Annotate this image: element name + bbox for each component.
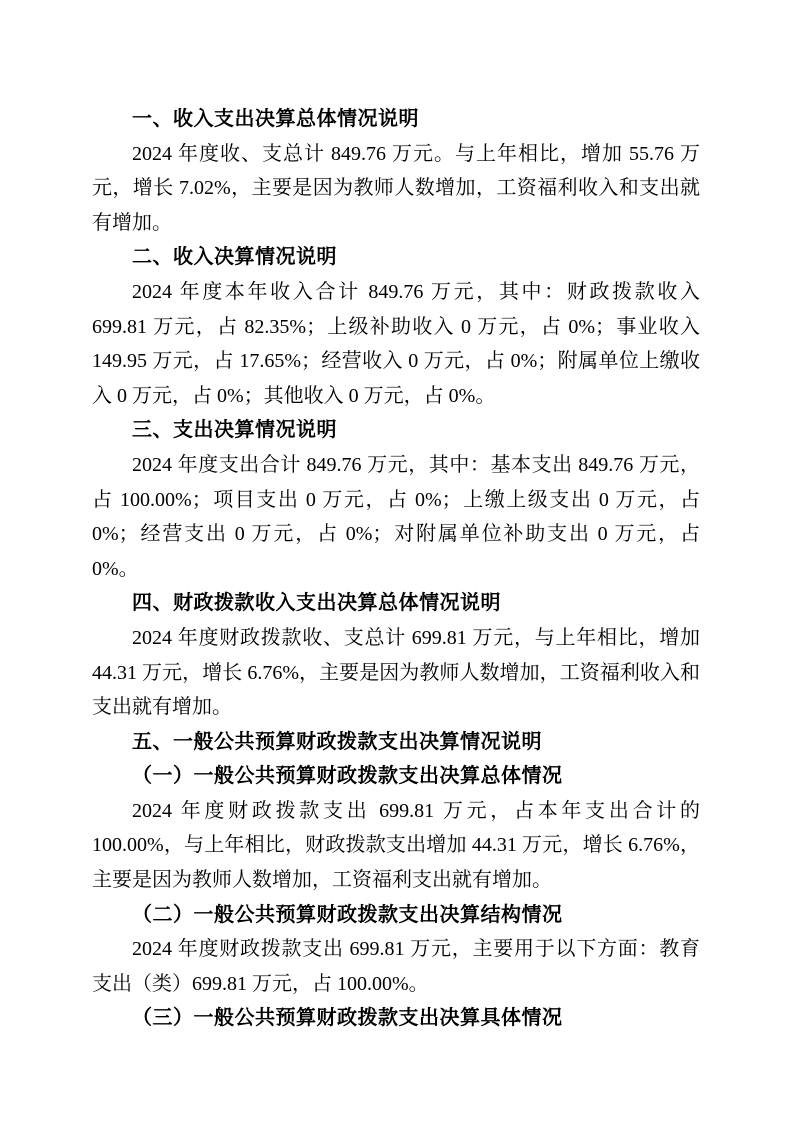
section-income-final-accounts: 二、收入决算情况说明 2024 年度本年收入合计 849.76 万元，其中：财政… (92, 240, 700, 413)
section-paragraph: 2024 年度收、支总计 849.76 万元。与上年相比，增加 55.76 万元… (92, 137, 700, 241)
subsection-public-budget-structure: （二）一般公共预算财政拨款支出决算结构情况 2024 年度财政拨款支出 699.… (92, 898, 700, 1002)
section-heading: 四、财政拨款收入支出决算总体情况说明 (92, 586, 700, 621)
section-paragraph: 2024 年度本年收入合计 849.76 万元，其中：财政拨款收入 699.81… (92, 275, 700, 413)
document-page: 一、收入支出决算总体情况说明 2024 年度收、支总计 849.76 万元。与上… (0, 0, 793, 1122)
section-fiscal-appropriation-overview: 四、财政拨款收入支出决算总体情况说明 2024 年度财政拨款收、支总计 699.… (92, 586, 700, 724)
subsection-heading: （二）一般公共预算财政拨款支出决算结构情况 (92, 898, 700, 933)
section-paragraph: 2024 年度支出合计 849.76 万元，其中：基本支出 849.76 万元，… (92, 448, 700, 586)
section-paragraph: 2024 年度财政拨款支出 699.81 万元，占本年支出合计的 100.00%… (92, 794, 700, 898)
section-public-budget-expenditure: 五、一般公共预算财政拨款支出决算情况说明 (92, 725, 700, 760)
subsection-public-budget-details: （三）一般公共预算财政拨款支出决算具体情况 (92, 1001, 700, 1036)
section-income-expenditure-overview: 一、收入支出决算总体情况说明 2024 年度收、支总计 849.76 万元。与上… (92, 102, 700, 240)
section-heading: 五、一般公共预算财政拨款支出决算情况说明 (92, 725, 700, 760)
subsection-heading: （三）一般公共预算财政拨款支出决算具体情况 (92, 1001, 700, 1036)
subsection-public-budget-overall: （一）一般公共预算财政拨款支出决算总体情况 2024 年度财政拨款支出 699.… (92, 759, 700, 897)
section-heading: 一、收入支出决算总体情况说明 (92, 102, 700, 137)
section-paragraph: 2024 年度财政拨款支出 699.81 万元，主要用于以下方面：教育支出（类）… (92, 932, 700, 1001)
section-heading: 二、收入决算情况说明 (92, 240, 700, 275)
section-expenditure-final-accounts: 三、支出决算情况说明 2024 年度支出合计 849.76 万元，其中：基本支出… (92, 413, 700, 586)
section-heading: 三、支出决算情况说明 (92, 413, 700, 448)
subsection-heading: （一）一般公共预算财政拨款支出决算总体情况 (92, 759, 700, 794)
section-paragraph: 2024 年度财政拨款收、支总计 699.81 万元，与上年相比，增加 44.3… (92, 621, 700, 725)
